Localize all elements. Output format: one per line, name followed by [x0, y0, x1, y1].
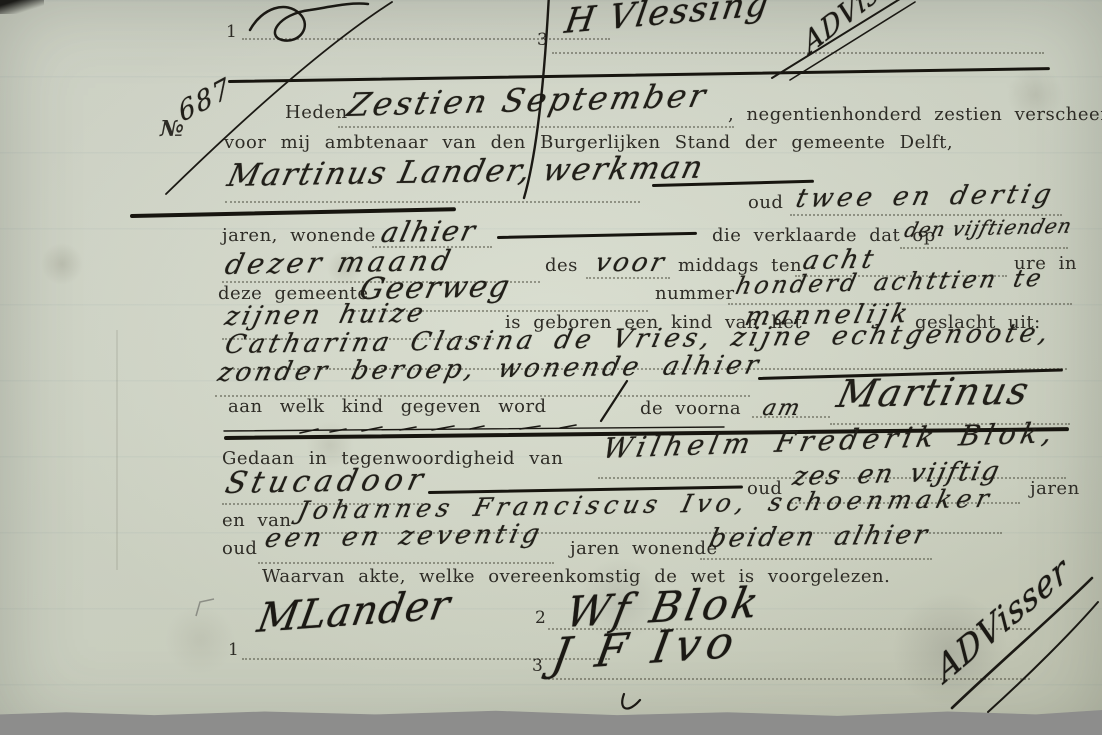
printed-jaren-witness1: jaren	[1030, 478, 1080, 499]
printed-des: des	[545, 255, 578, 276]
printed-year-verscheen: , negentienhonderd zestien verscheen	[728, 104, 1102, 125]
printed-closing-clause: Waarvan akte, welke overeenkomstig de we…	[262, 566, 890, 587]
dotted-fill-line	[258, 562, 554, 564]
hw-child-name: Martinus	[833, 368, 1035, 416]
hw-birth-day: den vijftienden	[902, 213, 1075, 242]
printed-verklaarde: die verklaarde dat op	[712, 225, 936, 246]
dotted-fill-line	[338, 126, 734, 128]
printed-oud-witness2: oud	[222, 538, 257, 559]
dotted-fill-line	[586, 277, 670, 279]
hw-witnesses-residence: beiden alhier	[706, 520, 933, 554]
dotted-fill-line	[752, 416, 830, 418]
hw-witness2-age: een en zeventig	[262, 519, 546, 554]
dotted-fill-line	[225, 201, 640, 203]
dotted-fill-line	[552, 52, 1044, 54]
prev-signature-index-1: 1	[226, 22, 237, 42]
printed-jaren-wonende-witness2: jaren wonende	[570, 538, 718, 559]
prev-signature-index-3: 3	[537, 30, 548, 50]
dotted-fill-line	[242, 38, 610, 40]
paper-crease	[116, 330, 118, 570]
page-corner-shadow	[0, 0, 44, 14]
printed-jaren-wonende: jaren, wonende	[222, 225, 376, 246]
signature-index-1: 1	[228, 640, 239, 660]
signature-index-3: 3	[532, 656, 543, 676]
dotted-fill-line	[900, 247, 1068, 249]
printed-oud: oud	[748, 192, 783, 213]
printed-nummer: nummer	[655, 283, 735, 304]
printed-aan-welk-kind: aan welk kind gegeven word	[228, 396, 547, 417]
printed-ambtenaar-line: voor mij ambtenaar van den Burgerlijken …	[224, 132, 953, 153]
hw-voor: voor	[592, 248, 670, 278]
scanned-register-page: 1 3 H Vlessing ADVisser № 687 Heden Zest…	[0, 0, 1102, 735]
dotted-fill-line	[700, 558, 932, 560]
signature-index-2: 2	[535, 608, 546, 628]
printed-de-voorna: de voorna	[640, 398, 741, 419]
hw-age-father: twee en dertig	[793, 179, 1058, 214]
printed-heden: Heden	[285, 102, 348, 123]
